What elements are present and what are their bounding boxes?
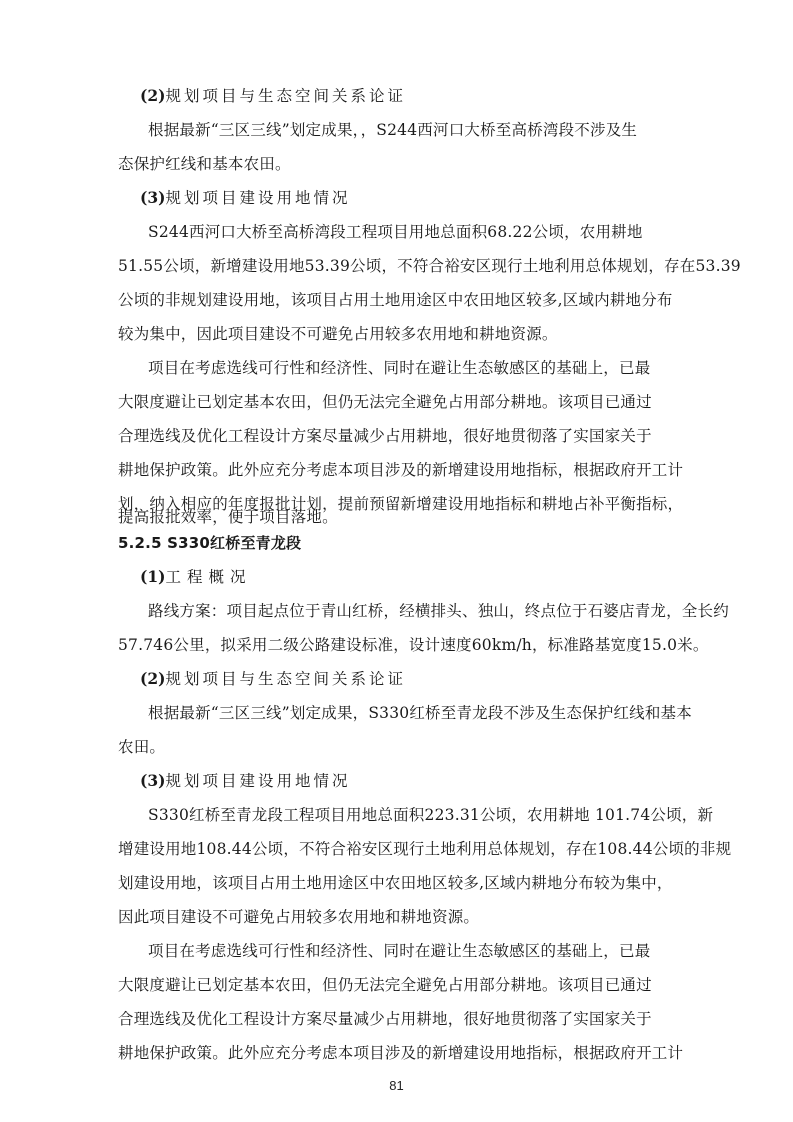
paragraph-line: S244西河口大桥至高桥湾段工程项目用地总面积68.22公顷，农用耕地 — [148, 222, 708, 242]
paragraph-line: 公顷的非规划建设用地，该项目占用土地用途区中农田地区较多,区域内耕地分布 — [118, 290, 678, 310]
document-page: (2)规划项目与生态空间关系论证 根据最新“三区三线”划定成果，，S244西河口… — [0, 0, 793, 1122]
paragraph-line: 大限度避让已划定基本农田，但仍无法完全避免占用部分耕地。该项目已通过 — [118, 975, 678, 995]
paragraph-line: 农田。 — [118, 737, 678, 757]
subheading-text: 规划项目与生态空间关系论证 — [165, 670, 406, 688]
subheading-text: 规划项目建设用地情况 — [165, 772, 350, 790]
subheading-land-use-2: (3)规划项目建设用地情况 — [140, 771, 700, 791]
page-number: 81 — [0, 1078, 793, 1093]
subheading-overview: (1)工程概况 — [140, 567, 700, 587]
paragraph-line: 耕地保护政策。此外应充分考虑本项目涉及的新增建设用地指标，根据政府开工计 — [118, 1043, 678, 1063]
paragraph-line: 57.746公里，拟采用二级公路建设标准，设计速度60km/h，标准路基宽度15… — [118, 635, 678, 655]
paragraph-line: 合理选线及优化工程设计方案尽量减少占用耕地，很好地贯彻落了实国家关于 — [118, 426, 678, 446]
paragraph-line: 提高报批效率，便于项目落地。 — [118, 507, 678, 527]
subheading-text: 规划项目建设用地情况 — [165, 189, 350, 207]
paragraph-line: 大限度避让已划定基本农田，但仍无法完全避免占用部分耕地。该项目已通过 — [118, 392, 678, 412]
paragraph-line: 项目在考虑选线可行性和经济性、同时在避让生态敏感区的基础上，已最 — [148, 358, 708, 378]
paragraph-line: 根据最新“三区三线”划定成果，S330红桥至青龙段不涉及生态保护红线和基本 — [148, 703, 708, 723]
subheading-text: 规划项目与生态空间关系论证 — [165, 87, 406, 105]
paragraph-line: 项目在考虑选线可行性和经济性、同时在避让生态敏感区的基础上，已最 — [148, 941, 708, 961]
paragraph-line: 51.55公顷，新增建设用地53.39公顷，不符合裕安区现行土地利用总体规划，存… — [118, 256, 678, 276]
paragraph-line: 因此项目建设不可避免占用较多农用地和耕地资源。 — [118, 907, 678, 927]
section-heading: 5.2.5 S330红桥至青龙段 — [118, 533, 678, 553]
paragraph-line: 划建设用地，该项目占用土地用途区中农田地区较多,区域内耕地分布较为集中， — [118, 873, 678, 893]
paragraph-line: S330红桥至青龙段工程项目用地总面积223.31公顷，农用耕地 101.74公… — [148, 805, 708, 825]
subheading-text: 工程概况 — [165, 568, 251, 586]
paragraph-line: 合理选线及优化工程设计方案尽量减少占用耕地，很好地贯彻落了实国家关于 — [118, 1009, 678, 1029]
subheading-number: (3) — [140, 771, 165, 790]
paragraph-line: 增建设用地108.44公顷，不符合裕安区现行土地利用总体规划，存在108.44公… — [118, 839, 678, 859]
subheading-eco-space-1: (2)规划项目与生态空间关系论证 — [140, 86, 700, 106]
paragraph-line: 耕地保护政策。此外应充分考虑本项目涉及的新增建设用地指标，根据政府开工计 — [118, 460, 678, 480]
subheading-eco-space-2: (2)规划项目与生态空间关系论证 — [140, 669, 700, 689]
paragraph-line: 较为集中，因此项目建设不可避免占用较多农用地和耕地资源。 — [118, 324, 678, 344]
subheading-number: (2) — [140, 669, 165, 688]
subheading-number: (1) — [140, 567, 165, 586]
subheading-number: (3) — [140, 188, 165, 207]
paragraph-line: 根据最新“三区三线”划定成果，，S244西河口大桥至高桥湾段不涉及生 — [148, 120, 708, 140]
subheading-number: (2) — [140, 86, 165, 105]
paragraph-line: 态保护红线和基本农田。 — [118, 154, 678, 174]
subheading-land-use-1: (3)规划项目建设用地情况 — [140, 188, 700, 208]
paragraph-line: 路线方案：项目起点位于青山红桥，经横排头、独山，终点位于石婆店青龙，全长约 — [148, 601, 708, 621]
